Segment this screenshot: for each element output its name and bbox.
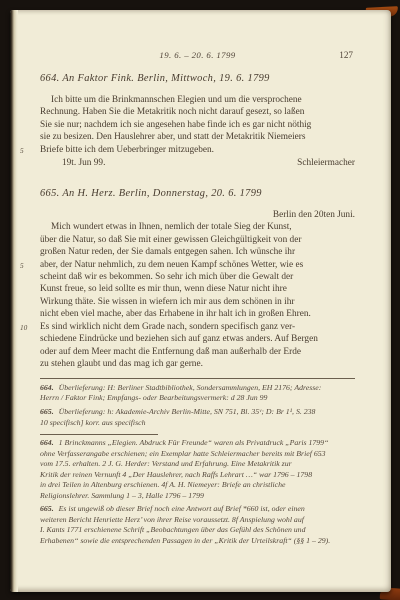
- text-line: über die Natur, so daß Sie mit einer gew…: [40, 234, 355, 246]
- apparatus-line-content: 10 specifisch] korr. aus specifisch: [40, 418, 145, 427]
- commentary-line: ohne Verfasserangabe erschienen; ein Exe…: [40, 449, 355, 460]
- text-line-content: Rechnung. Haben Sie die Metakritik noch …: [40, 107, 304, 117]
- commentary-line: Kritik der reinen Vernunft 4 „Der Hausle…: [40, 470, 355, 481]
- apparatus-line-content: Überlieferung: H: Berliner Stadtbiblioth…: [59, 383, 322, 392]
- apparatus-letter-number: 665.: [40, 407, 54, 416]
- text-line-content: Es sind wirklich nicht dem Grade nach, s…: [40, 322, 295, 332]
- text-line: Wirkung thäte. Sie wissen in wiefern ich…: [40, 296, 355, 308]
- commentary-line: I. Kants 1771 erschienene Schrift „Beoba…: [40, 525, 355, 536]
- apparatus-line: Herrn / Faktor Fink; Empfangs- oder Bear…: [40, 393, 355, 403]
- text-line-content: nicht eben viel mache, aber das Erhabene…: [40, 309, 311, 319]
- text-line: oder auf dem Meer macht die Entfernung d…: [40, 346, 355, 358]
- text-line-content: Wirkung thäte. Sie wissen in wiefern ich…: [40, 297, 294, 307]
- commentary-line-content: Religionslehrer. Sammlung 1 – 3, Halle 1…: [40, 491, 204, 500]
- commentary-line-content: in drei Teilen in Altenburg erschienen. …: [40, 480, 285, 489]
- commentary-separator-rule: [40, 434, 158, 435]
- commentary-line: Erhabenen“ sowie die entsprechenden Pass…: [40, 536, 355, 547]
- text-line-content: Mich wundert etwas in Ihnen, nemlich der…: [51, 222, 292, 232]
- text-line-content: Briefe bitte ich dem Ueberbringer mitzug…: [40, 145, 214, 155]
- margin-line-number: 10: [20, 322, 27, 334]
- text-line: schiedene Eindrücke und beziehen sich au…: [40, 333, 355, 345]
- commentary-line: 664.1 Brinckmanns „Elegien. Abdruck Für …: [40, 438, 355, 449]
- text-line-content: zu stehen glaubt und das mag ich gar ger…: [40, 359, 203, 369]
- letter-665-body: Mich wundert etwas in Ihnen, nemlich der…: [40, 221, 355, 370]
- commentary-664: 664.1 Brinckmanns „Elegien. Abdruck Für …: [40, 438, 355, 501]
- text-line-content: Ich bitte um die Brinkmannschen Elegien …: [51, 95, 302, 105]
- apparatus-664: 664.Überlieferung: H: Berliner Stadtbibl…: [40, 383, 355, 404]
- text-line: Ich bitte um die Brinkmannschen Elegien …: [40, 94, 355, 106]
- letter-665-heading: 665. An H. Herz. Berlin, Donnerstag, 20.…: [40, 188, 355, 199]
- text-line-content: Kunst freue, so leid sollte es mir thun,…: [40, 284, 287, 294]
- commentary-letter-number: 664.: [40, 438, 54, 447]
- letter-665-place-date: Berlin den 20ten Juni.: [40, 209, 355, 221]
- text-line: Kunst freue, so leid sollte es mir thun,…: [40, 283, 355, 295]
- book-page: 19. 6. – 20. 6. 1799 127 664. An Faktor …: [10, 10, 391, 592]
- apparatus-line: 10 specifisch] korr. aus specifisch: [40, 418, 355, 428]
- text-line-content: oder auf dem Meer macht die Entfernung d…: [40, 347, 301, 357]
- commentary-letter-number: 665.: [40, 504, 54, 513]
- text-line-content: Sie sie nur; nachdem ich sie angesehen h…: [40, 120, 311, 130]
- letter-664-body: Ich bitte um die Brinkmannschen Elegien …: [40, 94, 355, 156]
- page-content: 19. 6. – 20. 6. 1799 127 664. An Faktor …: [40, 50, 355, 549]
- text-line-content: scheint daß wir es bekommen. So sehr ich…: [40, 272, 293, 282]
- running-header: 19. 6. – 20. 6. 1799 127: [40, 50, 355, 62]
- apparatus-separator-rule: [40, 378, 355, 379]
- apparatus-line-content: Überlieferung: h: Akademie-Archiv Berlin…: [59, 407, 316, 416]
- commentary-line-content: Es ist ungewiß ob dieser Brief noch eine…: [59, 504, 305, 513]
- text-line: 10 Es sind wirklich nicht dem Grade nach…: [40, 321, 355, 333]
- commentary-line: weiteren Bericht Henriette Herz’ von ihr…: [40, 515, 355, 526]
- text-line: 5 aber, der Natur nehmlich, zu dem neuen…: [40, 259, 355, 271]
- commentary-line-content: weiteren Bericht Henriette Herz’ von ihr…: [40, 515, 304, 524]
- text-line-content: sie zu besizen. Den Hauslehrer aber, und…: [40, 132, 306, 142]
- apparatus-letter-number: 664.: [40, 383, 54, 392]
- text-line: sie zu besizen. Den Hauslehrer aber, und…: [40, 131, 355, 143]
- page-number: 127: [339, 50, 353, 60]
- commentary-665: 665.Es ist ungewiß ob dieser Brief noch …: [40, 504, 355, 546]
- apparatus-line: 665.Überlieferung: h: Akademie-Archiv Be…: [40, 407, 355, 417]
- commentary-line-content: Kritik der reinen Vernunft 4 „Der Hausle…: [40, 470, 312, 479]
- commentary-line-content: ohne Verfasserangabe erschienen; ein Exe…: [40, 449, 326, 458]
- letter-664-closing: 19t. Jun 99. Schleiermacher: [40, 157, 355, 169]
- letter-664-dateline: 19t. Jun 99.: [40, 158, 105, 168]
- page-edge-gutter: [10, 10, 18, 592]
- margin-line-number: 5: [20, 260, 24, 272]
- commentary-line: vom 17.5. erhalten. 2 J. G. Herder: Vers…: [40, 459, 355, 470]
- commentary-line-content: vom 17.5. erhalten. 2 J. G. Herder: Vers…: [40, 459, 292, 468]
- commentary-line-content: 1 Brinckmanns „Elegien. Abdruck Für Freu…: [59, 438, 329, 447]
- commentary-line-content: Erhabenen“ sowie die entsprechenden Pass…: [40, 536, 330, 545]
- letter-664-signature: Schleiermacher: [297, 157, 355, 169]
- apparatus-665: 665.Überlieferung: h: Akademie-Archiv Be…: [40, 407, 355, 428]
- commentary-line: Religionslehrer. Sammlung 1 – 3, Halle 1…: [40, 491, 355, 502]
- apparatus-line: 664.Überlieferung: H: Berliner Stadtbibl…: [40, 383, 355, 393]
- text-line-content: großen Natur reden, der Sie damals entge…: [40, 247, 295, 257]
- text-line: nicht eben viel mache, aber das Erhabene…: [40, 308, 355, 320]
- running-header-date: 19. 6. – 20. 6. 1799: [40, 50, 355, 60]
- text-line-content: schiedene Eindrücke und beziehen sich au…: [40, 334, 318, 344]
- text-line: zu stehen glaubt und das mag ich gar ger…: [40, 358, 355, 370]
- commentary-line: in drei Teilen in Altenburg erschienen. …: [40, 480, 355, 491]
- commentary-line-content: I. Kants 1771 erschienene Schrift „Beoba…: [40, 525, 305, 534]
- text-line-content: aber, der Natur nehmlich, zu dem neuen K…: [40, 260, 303, 270]
- text-line: großen Natur reden, der Sie damals entge…: [40, 246, 355, 258]
- text-line: 5 Briefe bitte ich dem Ueberbringer mitz…: [40, 144, 355, 156]
- commentary-line: 665.Es ist ungewiß ob dieser Brief noch …: [40, 504, 355, 515]
- margin-line-number: 5: [20, 145, 24, 157]
- apparatus-line-content: Herrn / Faktor Fink; Empfangs- oder Bear…: [40, 393, 267, 402]
- text-line: scheint daß wir es bekommen. So sehr ich…: [40, 271, 355, 283]
- text-line-content: über die Natur, so daß Sie mit einer gew…: [40, 235, 301, 245]
- text-line: Sie sie nur; nachdem ich sie angesehen h…: [40, 119, 355, 131]
- text-line: Mich wundert etwas in Ihnen, nemlich der…: [40, 221, 355, 233]
- letter-664-heading: 664. An Faktor Fink. Berlin, Mittwoch, 1…: [40, 73, 355, 84]
- text-line: Rechnung. Haben Sie die Metakritik noch …: [40, 106, 355, 118]
